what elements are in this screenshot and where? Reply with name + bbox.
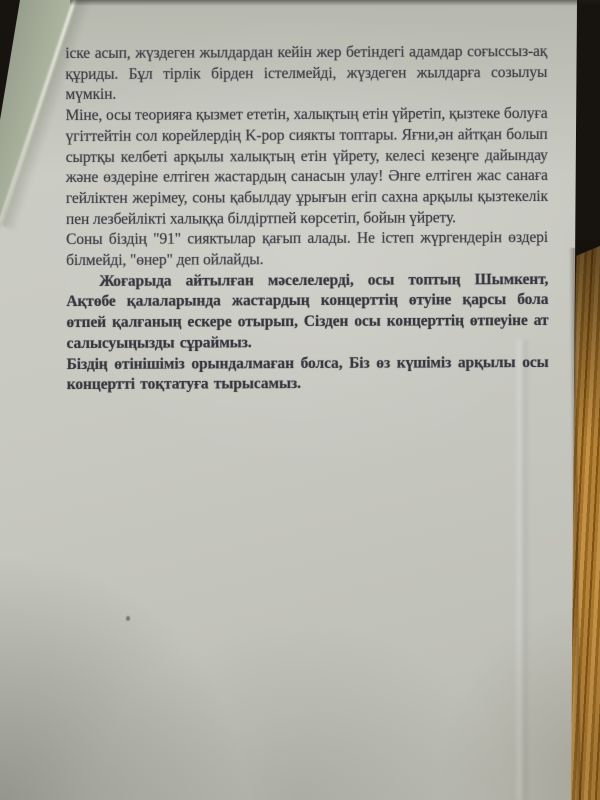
paragraph-91-group: Соны біздің "91" сияктылар қағып алады. … — [66, 228, 548, 272]
top-edge-shadow — [70, 0, 600, 6]
paragraph-warning: Біздің өтінішіміз орындалмаған болса, Бі… — [67, 352, 549, 396]
paragraph-theory: Міне, осы теорияға қызмет ететін, халықт… — [66, 104, 549, 230]
document-text: іске асып, жүздеген жылдардан кейін жер … — [65, 42, 549, 396]
photo-scene: іске асып, жүздеген жылдардан кейін жер … — [0, 0, 600, 800]
paragraph-request: Жоғарыда айтылған мәселелерді, осы топты… — [66, 270, 548, 355]
paper-speck — [126, 616, 130, 621]
paragraph-intro: іске асып, жүздеген жылдардан кейін жер … — [65, 42, 547, 106]
paper-fold-line — [514, 340, 530, 800]
